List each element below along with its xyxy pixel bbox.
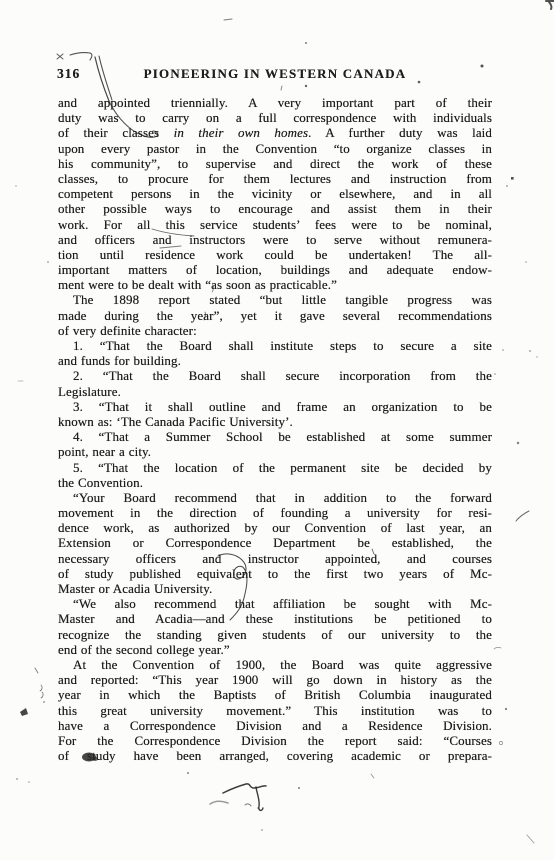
italic-text-segment: in their own homes xyxy=(174,125,309,140)
text-segment: point, near a city. xyxy=(58,444,151,459)
text-line: upon every pastor in the Convention “to … xyxy=(58,141,492,156)
speck-icon xyxy=(502,349,504,351)
speck-icon xyxy=(525,261,527,263)
text-segment: work. For all this service students’ fee… xyxy=(58,217,492,232)
text-line: classes, to procure for them lectures an… xyxy=(58,171,492,186)
speck-icon xyxy=(15,185,17,187)
text-line: end of the second college year.” xyxy=(58,642,492,657)
text-line: important matters of location, buildings… xyxy=(58,262,492,277)
ink-smudge-icon xyxy=(245,804,251,806)
text-segment: . A further duty was laid xyxy=(308,125,492,140)
text-line: point, near a city. xyxy=(58,444,492,459)
text-line: 3. “That it shall outline and frame an o… xyxy=(58,399,492,414)
text-segment: “We also recommend that affiliation be s… xyxy=(73,596,492,611)
text-segment: end of the second college year.” xyxy=(58,642,230,657)
text-line: movement in the direction of founding a … xyxy=(58,505,492,520)
speck-icon xyxy=(371,774,374,778)
speck-icon xyxy=(499,741,502,744)
speck-icon xyxy=(224,19,232,20)
text-line: and officers and instructors were to ser… xyxy=(58,232,492,247)
text-segment: Extension or Correspondence Department b… xyxy=(58,535,492,550)
text-segment: year in which the Baptists of British Co… xyxy=(58,687,492,702)
speck-icon xyxy=(47,261,49,263)
text-segment: 2. “That the Board shall secure incorpor… xyxy=(73,368,492,383)
pen-mark-icon xyxy=(57,54,63,59)
speck-icon xyxy=(35,668,38,673)
text-segment: important matters of location, buildings… xyxy=(58,262,492,277)
speck-icon xyxy=(511,177,514,180)
text-line: “We also recommend that affiliation be s… xyxy=(58,596,492,611)
text-line: of study have been arranged, covering ac… xyxy=(58,748,492,763)
text-segment: For the Correspondence Division the repo… xyxy=(58,733,492,748)
text-line: For the Correspondence Division the repo… xyxy=(58,733,492,748)
text-segment: duty was to carry on a full corresponden… xyxy=(58,110,492,125)
text-line: and reported: “This year 1900 will go do… xyxy=(58,672,492,687)
page-body: and appointed triennially. A very import… xyxy=(58,95,492,763)
text-segment: known as: ‘The Canada Pacific University… xyxy=(58,414,293,429)
text-segment: this great university movement.” This in… xyxy=(58,703,492,718)
pen-mark-icon xyxy=(70,53,92,60)
text-segment: ment were to be dealt with “as soon as p… xyxy=(58,277,337,292)
text-line: the Convention. xyxy=(58,475,492,490)
speck-icon xyxy=(305,42,307,44)
ink-smudge-icon xyxy=(210,801,228,804)
text-segment: Master and Acadia—and these institutions… xyxy=(58,611,492,626)
speck-icon xyxy=(40,685,43,698)
text-line: “Your Board recommend that in addition t… xyxy=(58,490,492,505)
text-line: and appointed triennially. A very import… xyxy=(58,95,492,110)
text-segment: and officers and instructors were to ser… xyxy=(58,232,492,247)
speck-icon xyxy=(298,787,300,789)
text-line: this great university movement.” This in… xyxy=(58,703,492,718)
text-line: of study published equivalent to the fir… xyxy=(58,566,492,581)
ink-blob-icon xyxy=(20,708,28,716)
text-line: and funds for building. xyxy=(58,353,492,368)
text-segment: the Convention. xyxy=(58,475,143,490)
text-segment: competent persons in the vicinity or els… xyxy=(58,186,492,201)
text-segment: made during the year”, yet it gave sever… xyxy=(58,308,492,323)
text-line: his community”, to supervise and direct … xyxy=(58,156,492,171)
text-segment: “Your Board recommend that in addition t… xyxy=(73,490,492,505)
text-line: 5. “That the location of the permanent s… xyxy=(58,460,492,475)
text-line: Legislature. xyxy=(58,384,492,399)
text-line: 4. “That a Summer School be established … xyxy=(58,429,492,444)
ink-scribble-icon xyxy=(256,787,263,810)
text-line: necessary officers and instructor appoin… xyxy=(58,551,492,566)
text-line: duty was to carry on a full corresponden… xyxy=(58,110,492,125)
text-line: known as: ‘The Canada Pacific University… xyxy=(58,414,492,429)
speck-icon xyxy=(494,647,501,649)
text-line: ment were to be dealt with “as soon as p… xyxy=(58,277,492,292)
text-segment: of study published equivalent to the fir… xyxy=(58,566,492,581)
text-line: Master and Acadia—and these institutions… xyxy=(58,611,492,626)
text-segment: necessary officers and instructor appoin… xyxy=(58,551,492,566)
text-segment: dence work, as authorized by our Convent… xyxy=(58,520,492,535)
text-line: tion until residence work could be under… xyxy=(58,247,492,262)
corner-notch-icon xyxy=(546,1,554,9)
text-line: Master or Acadia University. xyxy=(58,581,492,596)
text-segment: and funds for building. xyxy=(58,353,181,368)
speck-icon xyxy=(281,86,282,90)
text-segment: At the Convention of 1900, the Board was… xyxy=(73,657,492,672)
text-line: recognize the standing given students of… xyxy=(58,627,492,642)
text-segment: recognize the standing given students of… xyxy=(58,627,492,642)
text-segment: movement in the direction of founding a … xyxy=(58,505,492,520)
ink-scribble-icon xyxy=(223,784,266,793)
text-segment: of very definite character: xyxy=(58,323,197,338)
speck-icon xyxy=(536,356,537,357)
speck-icon xyxy=(506,185,508,187)
text-segment: other possible ways to encourage and ass… xyxy=(58,201,492,216)
text-segment: Legislature. xyxy=(58,384,121,399)
text-segment: 3. “That it shall outline and frame an o… xyxy=(73,399,492,414)
text-segment: 4. “That a Summer School be established … xyxy=(73,429,492,444)
speck-icon xyxy=(305,85,307,87)
text-line: dence work, as authorized by our Convent… xyxy=(58,520,492,535)
text-segment: The 1898 report stated “but little tangi… xyxy=(73,292,492,307)
text-line: of their classes in their own homes. A f… xyxy=(58,125,492,140)
text-line: made during the year”, yet it gave sever… xyxy=(58,308,492,323)
text-line: other possible ways to encourage and ass… xyxy=(58,201,492,216)
text-segment: and reported: “This year 1900 will go do… xyxy=(58,672,492,687)
text-segment: of study have been arranged, covering ac… xyxy=(58,748,492,763)
text-segment: 1. “That the Board shall institute steps… xyxy=(73,338,492,353)
text-segment: have a Correspondence Division and a Res… xyxy=(58,718,492,733)
speck-icon xyxy=(257,807,259,809)
speck-icon xyxy=(28,781,30,783)
scanned-book-page: 316 PIONEERING IN WESTERN CANADA and app… xyxy=(0,0,554,860)
text-line: have a Correspondence Division and a Res… xyxy=(58,718,492,733)
text-line: year in which the Baptists of British Co… xyxy=(58,687,492,702)
speck-icon xyxy=(505,708,507,710)
text-line: of very definite character: xyxy=(58,323,492,338)
text-segment: classes, to procure for them lectures an… xyxy=(58,171,492,186)
text-line: 2. “That the Board shall secure incorpor… xyxy=(58,368,492,383)
text-line: 1. “That the Board shall institute steps… xyxy=(58,338,492,353)
running-header: PIONEERING IN WESTERN CANADA xyxy=(58,66,492,82)
speck-icon xyxy=(527,835,534,843)
text-segment: of their classes xyxy=(58,125,174,140)
text-line: competent persons in the vicinity or els… xyxy=(58,186,492,201)
text-segment: upon every pastor in the Convention “to … xyxy=(58,141,492,156)
speck-icon xyxy=(187,772,189,774)
speck-icon xyxy=(43,701,45,703)
speck-icon xyxy=(517,442,519,444)
text-segment: and appointed triennially. A very import… xyxy=(58,95,492,110)
pen-mark-icon xyxy=(516,511,529,521)
speck-icon xyxy=(529,350,531,352)
speck-icon xyxy=(16,778,18,780)
text-segment: his community”, to supervise and direct … xyxy=(58,156,492,171)
text-segment: tion until residence work could be under… xyxy=(58,247,492,262)
speck-icon xyxy=(494,373,496,375)
text-segment: Master or Acadia University. xyxy=(58,581,212,596)
text-line: The 1898 report stated “but little tangi… xyxy=(58,292,492,307)
speck-icon xyxy=(261,829,263,831)
text-line: Extension or Correspondence Department b… xyxy=(58,535,492,550)
text-line: work. For all this service students’ fee… xyxy=(58,217,492,232)
text-line: At the Convention of 1900, the Board was… xyxy=(58,657,492,672)
text-segment: 5. “That the location of the permanent s… xyxy=(73,460,492,475)
